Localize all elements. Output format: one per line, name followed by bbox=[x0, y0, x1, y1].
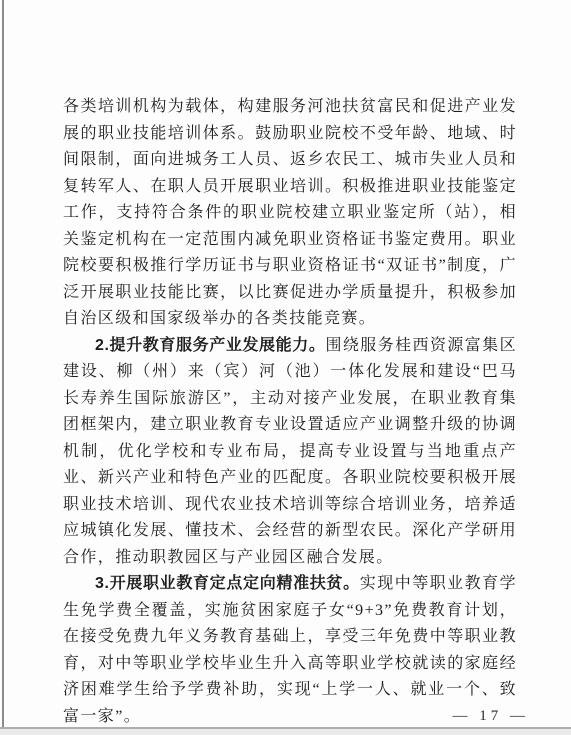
document-body: 各类培训机构为载体，构建服务河池扶贫富民和促进产业发展的职业技能培训体系。鼓励职… bbox=[63, 94, 517, 730]
paragraph: 3.开展职业教育定点定向精准扶贫。实现中等职业教育学生免学费全覆盖，实施贫困家庭… bbox=[63, 571, 517, 730]
scan-edge-bottom-strip bbox=[0, 729, 571, 735]
page-number: — 17 — bbox=[453, 708, 530, 725]
paragraph-text: 各类培训机构为载体，构建服务河池扶贫富民和促进产业发展的职业技能培训体系。鼓励职… bbox=[63, 98, 517, 327]
scan-edge-left bbox=[2, 0, 4, 735]
scanned-document-page: 各类培训机构为载体，构建服务河池扶贫富民和促进产业发展的职业技能培训体系。鼓励职… bbox=[0, 0, 571, 735]
paragraph: 各类培训机构为载体，构建服务河池扶贫富民和促进产业发展的职业技能培训体系。鼓励职… bbox=[63, 94, 517, 333]
paragraph-lead: 2.提升教育服务产业发展能力。 bbox=[95, 337, 325, 354]
paragraph-lead: 3.开展职业教育定点定向精准扶贫。 bbox=[95, 575, 360, 592]
paragraph-text: 围绕服务桂西资源富集区建设、柳（州）来（宾）河（池）一体化发展和建设“巴马长寿养… bbox=[63, 337, 517, 566]
paragraph-text: 实现中等职业教育学生免学费全覆盖，实施贫困家庭子女“9+3”免费教育计划，在接受… bbox=[63, 575, 517, 725]
paragraph: 2.提升教育服务产业发展能力。围绕服务桂西资源富集区建设、柳（州）来（宾）河（池… bbox=[63, 333, 517, 572]
